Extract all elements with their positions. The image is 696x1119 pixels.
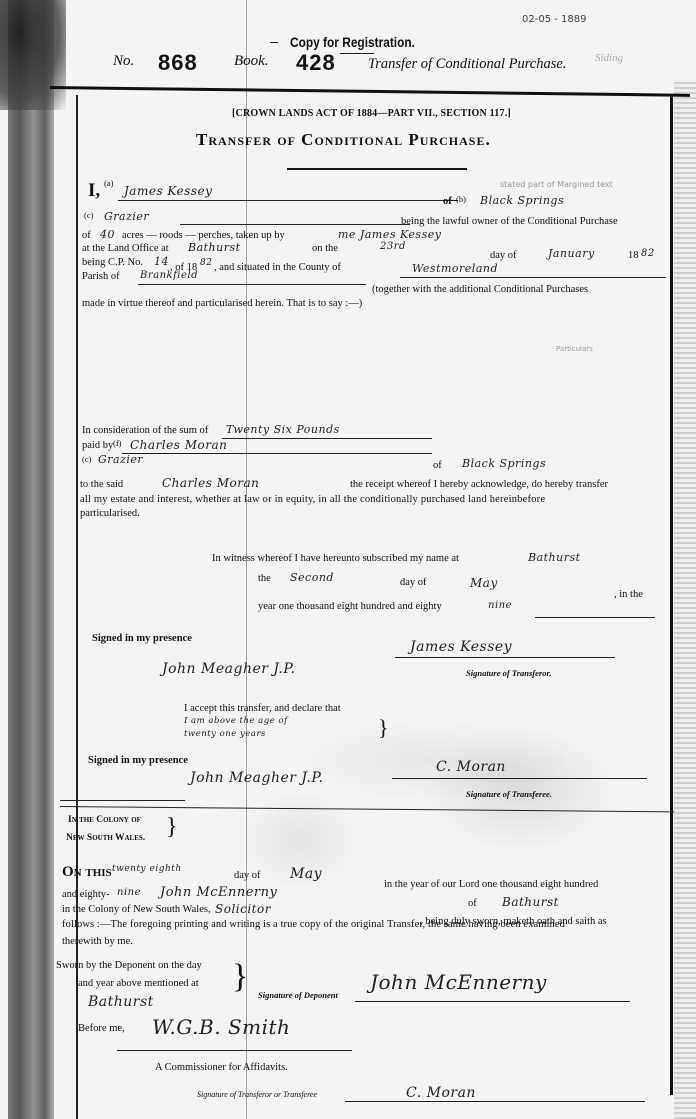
receipt-text: the receipt whereof I hereby acknowledge… <box>350 479 608 490</box>
number-label: No. <box>113 53 134 70</box>
transferee-residence: Black Springs <box>462 457 546 470</box>
signature-line <box>117 1050 352 1051</box>
affidavit-month: May <box>290 866 322 882</box>
transferee-signature: C. Moran <box>436 759 506 775</box>
signature-line <box>345 1101 645 1102</box>
sum-value: Twenty Six Pounds <box>226 423 340 436</box>
affidavit-day: twenty eighth <box>112 864 182 874</box>
witness-place: Bathurst <box>528 551 581 564</box>
deponent-occupation: Solicitor <box>215 902 271 916</box>
witness-signature: John Meagher J.P. <box>162 661 295 677</box>
rule <box>400 277 666 278</box>
consideration-label: In consideration of the sum of <box>82 425 208 436</box>
of-label: of <box>468 898 477 909</box>
faint-note: Particulars <box>556 345 593 353</box>
rule <box>60 800 185 801</box>
deponent-caption: Signature of Deponent <box>258 990 338 1000</box>
transferee-name: Charles Moran <box>130 438 227 452</box>
final-signature: C. Moran <box>406 1085 476 1101</box>
dash-mark <box>270 42 278 43</box>
cp-number: 14 <box>154 255 169 268</box>
scan-shadow-corner <box>0 0 66 110</box>
transferor-residence: Black Springs <box>480 194 564 207</box>
on-this-label: On this <box>62 864 112 881</box>
sworn-by-line-2: and year above mentioned at <box>78 978 199 989</box>
day-of-label: day of <box>234 870 261 881</box>
year-prefix: 18 <box>628 250 639 261</box>
commissioner-signature: W.G.B. Smith <box>152 1015 290 1039</box>
page-title: Transfer of Conditional Purchase. <box>196 130 491 150</box>
colony-line-1: In the Colony of <box>68 815 141 825</box>
form-border-right <box>670 95 673 1095</box>
i-label: I, <box>88 180 100 202</box>
deponent-signature: John McEnnerny <box>370 970 547 994</box>
before-me-label: Before me, <box>78 1023 125 1034</box>
signature-line <box>355 1001 630 1002</box>
declaration-line-1: I am above the age of <box>184 716 288 726</box>
header-rule <box>50 86 690 97</box>
made-text: made in virtue thereof and particularise… <box>82 298 362 309</box>
land-office: Bathurst <box>188 241 241 254</box>
particularised-text: particularised. <box>80 508 140 519</box>
rule <box>122 453 432 454</box>
month-value: January <box>548 247 595 260</box>
together-text: (together with the additional Conditiona… <box>372 284 588 295</box>
therewith-text: therewith by me. <box>62 936 133 947</box>
brace: } <box>166 814 178 841</box>
section-rule <box>60 806 674 812</box>
witness-text: In witness whereof I have hereunto subsc… <box>212 553 459 564</box>
day-of-label: day of <box>490 250 517 261</box>
registration-number: 868 <box>158 50 198 76</box>
land-office-label: at the Land Office at <box>82 243 169 254</box>
rule <box>222 438 432 439</box>
of-label: of <box>433 460 442 471</box>
deponent-name: John McEnnerny <box>160 885 277 900</box>
rule <box>180 224 410 225</box>
year-suffix: 82 <box>641 248 655 259</box>
witness-month: May <box>470 576 498 590</box>
final-caption: Signature of Transferor or Transferee <box>197 1090 317 1099</box>
year-text: year one thousand eight hundred and eigh… <box>258 601 442 612</box>
cp-label: being C.P. No. <box>82 257 143 268</box>
witness-day: Second <box>290 571 334 584</box>
being-owner-text: being the lawful owner of the Conditiona… <box>401 216 618 227</box>
to-said-label: to the said <box>80 479 123 490</box>
act-reference: [CROWN LANDS ACT OF 1884—PART VII., SECT… <box>232 108 511 119</box>
title-rule <box>287 168 467 170</box>
parish-label: Parish of <box>82 271 120 282</box>
transferee-caption: Signature of Transferee. <box>466 789 552 799</box>
estate-text: all my estate and interest, whether at l… <box>80 494 545 505</box>
underline-mark <box>340 53 374 54</box>
transferor-occupation: Grazier <box>104 210 149 223</box>
acres-value: 40 <box>100 228 115 241</box>
affidavit-year: nine <box>117 887 141 898</box>
the-label: the <box>258 573 271 584</box>
signature-line <box>395 657 615 658</box>
day-value: 23rd <box>380 241 406 252</box>
scan-shadow-right <box>674 80 696 1119</box>
of-label: of <box>443 196 452 207</box>
colony-line-2: New South Wales. <box>66 833 145 843</box>
scan-shadow-left <box>8 0 54 1119</box>
transferor-signature: James Kessey <box>410 639 512 655</box>
copy-for-registration: Copy for Registration. <box>290 34 415 50</box>
faint-note: stated part of Margined text <box>500 180 613 189</box>
eighty-label: and eighty- <box>62 889 110 900</box>
pencil-date: 02-05 - 1889 <box>522 14 586 25</box>
transferor-caption: Signature of Transferor. <box>466 668 551 678</box>
to-said-name: Charles Moran <box>162 476 259 490</box>
day-of-label: day of <box>400 577 427 588</box>
follows-text: follows :—The foregoing printing and wri… <box>62 919 565 930</box>
form-name: Transfer of Conditional Purchase. <box>368 56 566 73</box>
signature-line <box>392 778 647 779</box>
brace: } <box>232 958 248 996</box>
sworn-by-line-1: Sworn by the Deponent on the day <box>56 960 202 971</box>
lord-text: in the year of our Lord one thousand eig… <box>384 879 598 890</box>
commissioner-caption: A Commissioner for Affidavits. <box>155 1062 288 1073</box>
acres-text: acres — roods — perches, taken up by <box>122 230 285 241</box>
signed-in-presence-label: Signed in my presence <box>92 633 192 644</box>
cp-year: 82 <box>200 258 212 268</box>
document-page: 02-05 - 1889 Siding Copy for Registratio… <box>0 0 696 1119</box>
declaration-line-2: twenty one years <box>184 729 266 739</box>
county-value: Westmoreland <box>412 262 498 275</box>
of-label: of <box>82 230 91 241</box>
taken-up-by: me James Kessey <box>338 228 441 241</box>
paid-by-label: paid by <box>82 440 113 451</box>
sworn-place: Bathurst <box>88 994 154 1010</box>
on-the-label: on the <box>312 243 338 254</box>
transferee-occupation: Grazier <box>98 453 143 466</box>
accept-text: I accept this transfer, and declare that <box>184 703 341 714</box>
acceptance-witness-signature: John Meagher J.P. <box>190 770 323 786</box>
witness-year: nine <box>488 600 512 611</box>
book-number: 428 <box>296 50 336 76</box>
in-the-label: , in the <box>614 589 643 600</box>
transferor-name: James Kessey <box>124 184 212 198</box>
signed-in-presence-label-2: Signed in my presence <box>88 755 188 766</box>
deponent-residence: Bathurst <box>502 895 559 909</box>
county-label: , and situated in the County of <box>214 262 341 273</box>
rule <box>118 200 458 201</box>
brace: } <box>378 715 389 741</box>
pencil-corner-note: Siding <box>595 52 623 64</box>
colony-text: in the Colony of New South Wales, <box>62 904 211 915</box>
book-label: Book. <box>234 53 269 70</box>
parish-value: Brankfield <box>140 270 198 281</box>
rule <box>535 617 655 618</box>
rule <box>138 284 366 285</box>
